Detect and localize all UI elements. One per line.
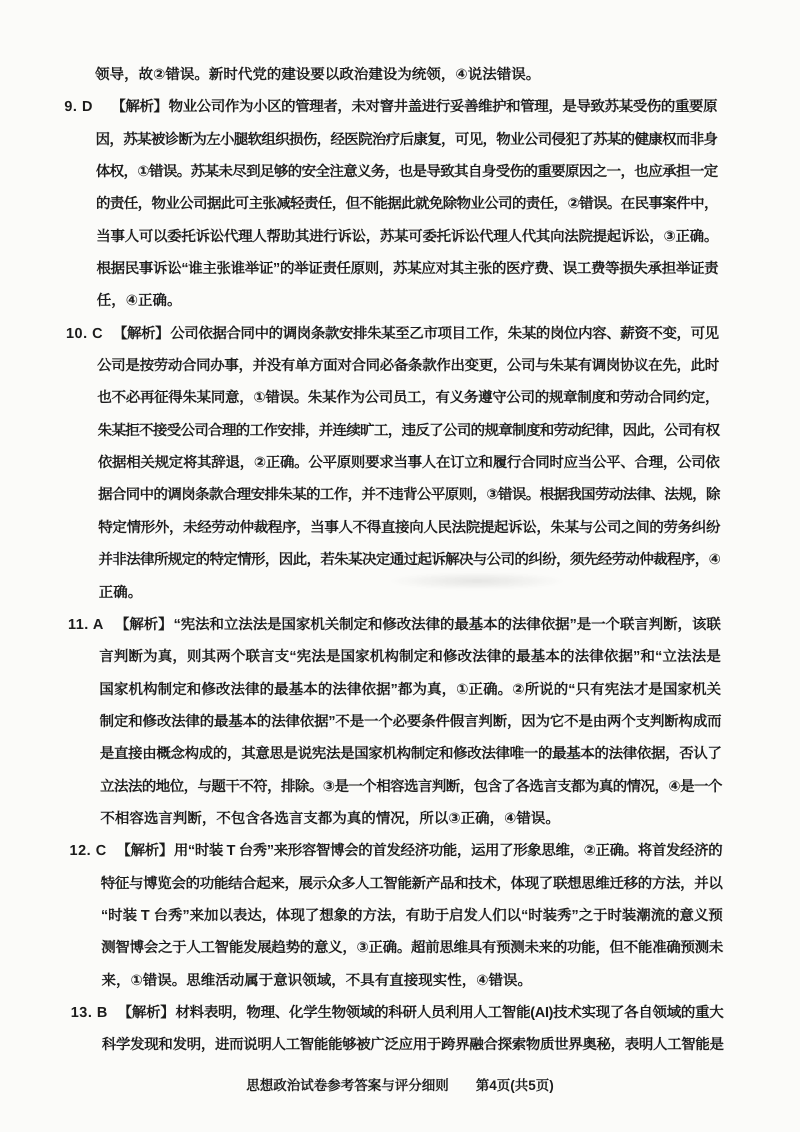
answer-line-text: 国家机构制定和修改法律的最基本的法律依据”都为真，①正确。②所说的“只有宪法才是… — [99, 674, 721, 706]
answer-line: 因，苏某被诊断为左小腿软组织损伤，经医院治疗后康复，可见，物业公司侵犯了苏某的健… — [95, 124, 717, 156]
analysis-label: 【解析】 — [116, 843, 172, 859]
answer-line-text: 测智博会之于人工智能发展趋势的意义，③正确。超前思维具有预测未来的功能，但不能准… — [101, 932, 723, 964]
answer-line-text: 据合同中的调岗条款合理安排朱某的工作，并不违背公平原则，③错误。根据我国劳动法律… — [98, 479, 720, 511]
answer-line: 科学发现和发明，进而说明人工智能能够被广泛应用于跨界融合探索物质世界奥秘，表明人… — [102, 1029, 724, 1061]
answer-line-text: 正确。 — [99, 577, 143, 609]
answer-line: 不相容选言判断，不包含各选言支都为真的情况，所以③正确，④错误。 — [100, 803, 722, 835]
answer-line-text: 公司是按劳动合同办事，并没有单方面对合同必备条款作出变更，公司与朱某有调岗协议在… — [97, 350, 719, 382]
answer-line-text: 的责任，物业公司据此可主张减轻责任，但不能据此就免除物业公司的责任，②错误。在民… — [96, 188, 718, 220]
answer-line-text: 特征与博览会的功能结合起来，展示众多人工智能新产品和技术，体现了联想思维迁移的方… — [101, 868, 723, 900]
answer-line: 10. C【解析】公司依据合同中的调岗条款安排朱某至乙市项目工作，朱某的岗位内容… — [97, 318, 719, 350]
answer-line-text: 立法法的地位，与题干不符，排除。③是一个相容选言判断，包含了各选言支都为真的情况… — [100, 771, 722, 803]
answer-line: 公司是按劳动合同办事，并没有单方面对合同必备条款作出变更，公司与朱某有调岗协议在… — [97, 350, 719, 382]
answer-line: 11. A【解析】“宪法和立法法是国家机关制定和修改法律的最基本的法律依据”是一… — [99, 609, 721, 641]
answer-line: 朱某拒不接受公司合理的工作安排，并连续旷工，违反了公司的规章制度和劳动纪律，因此… — [97, 415, 719, 447]
answer-line-text: 依据相关规定将其辞退，②正确。公平原则要求当事人在订立和履行合同时应当公平、合理… — [98, 447, 720, 479]
answer-line-text: 科学发现和发明，进而说明人工智能能够被广泛应用于跨界融合探索物质世界奥秘，表明人… — [102, 1029, 724, 1061]
answer-line-text: 体权，①错误。苏某未尽到足够的安全注意义务，也是导致其自身受伤的重要原因之一，也… — [96, 156, 718, 188]
answer-number: 11. A — [68, 609, 104, 641]
intro-line-text: 领导，故②错误。新时代党的建设要以政治建设为统领，④说法错误。 — [95, 59, 540, 91]
answer-line: 正确。 — [99, 577, 721, 609]
answer-key-content: 领导，故②错误。新时代党的建设要以政治建设为统领，④说法错误。 9. D【解析】… — [95, 59, 724, 1062]
answer-line-text: 【解析】公司依据合同中的调岗条款安排朱某至乙市项目工作，朱某的岗位内容、薪资不变… — [113, 318, 719, 350]
scanned-page: 领导，故②错误。新时代党的建设要以政治建设为统领，④说法错误。 9. D【解析】… — [0, 0, 800, 1132]
answer-line-text: 朱某拒不接受公司合理的工作安排，并连续旷工，违反了公司的规章制度和劳动纪律，因此… — [97, 415, 719, 447]
answer-line-text: 【解析】“宪法和立法法是国家机关制定和修改法律的最基本的法律依据”是一个联言判断… — [115, 609, 721, 641]
answer-line-text: 来，①错误。思维活动属于意识领域，不具有直接现实性，④错误。 — [101, 965, 532, 997]
analysis-label: 【解析】 — [115, 617, 173, 633]
answer-line-text: 因，苏某被诊断为左小腿软组织损伤，经医院治疗后康复，可见，物业公司侵犯了苏某的健… — [95, 124, 717, 156]
answer-line: 12. C【解析】用“时装 T 台秀”来形容智博会的首发经济功能，运用了形象思维… — [100, 835, 722, 867]
answer-line-text: 特定情形外，未经劳动仲裁程序，当事人不得直接向人民法院提起诉讼，朱某与公司之间的… — [98, 512, 720, 544]
answer-number: 12. C — [69, 835, 106, 867]
answer-line: 制定和修改法律的最基本的法律依据”不是一个必要条件假言判断，因为它不是由两个支判… — [100, 706, 722, 738]
answer-line-text: 当事人可以委托诉讼代理人帮助其进行诉讼，苏某可委托诉讼代理人代其向法院提起诉讼，… — [96, 221, 718, 253]
answer-line: 特征与博览会的功能结合起来，展示众多人工智能新产品和技术，体现了联想思维迁移的方… — [101, 868, 723, 900]
answer-line: 体权，①错误。苏某未尽到足够的安全注意义务，也是导致其自身受伤的重要原因之一，也… — [96, 156, 718, 188]
answers-list: 9. D【解析】物业公司作为小区的管理者，未对窨井盖进行妥善维护和管理，是导致苏… — [95, 91, 724, 1061]
answer-line-text: 根据民事诉讼“谁主张谁举证”的举证责任原则，苏某应对其主张的医疗费、误工费等损失… — [96, 253, 718, 285]
answer-item: 12. C【解析】用“时装 T 台秀”来形容智博会的首发经济功能，运用了形象思维… — [100, 835, 723, 997]
answer-line: 言判断为真，则其两个联言支“宪法是国家机构制定和修改法律的最基本的法律依据”和“… — [99, 641, 721, 673]
answer-line: 的责任，物业公司据此可主张减轻责任，但不能据此就免除物业公司的责任，②错误。在民… — [96, 188, 718, 220]
answer-line-text: “时装 T 台秀”来加以表达，体现了想象的方法，有助于启发人们以“时装秀”之于时… — [101, 900, 723, 932]
answer-line: 据合同中的调岗条款合理安排朱某的工作，并不违背公平原则，③错误。根据我国劳动法律… — [98, 479, 720, 511]
answer-line: 来，①错误。思维活动属于意识领域，不具有直接现实性，④错误。 — [101, 965, 723, 997]
answer-line: 依据相关规定将其辞退，②正确。公平原则要求当事人在订立和履行合同时应当公平、合理… — [98, 447, 720, 479]
answer-line-text: 也不必再征得朱某同意，①错误。朱某作为公司员工，有义务遵守公司的规章制度和劳动合… — [97, 382, 719, 414]
answer-line: 任，④正确。 — [97, 285, 719, 317]
answer-line: 根据民事诉讼“谁主张谁举证”的举证责任原则，苏某应对其主张的医疗费、误工费等损失… — [96, 253, 718, 285]
answer-line: 13. B【解析】材料表明，物理、化学生物领域的科研人员利用人工智能(AI)技术… — [102, 997, 724, 1029]
analysis-label: 【解析】 — [118, 1005, 175, 1021]
answer-line: 当事人可以委托诉讼代理人帮助其进行诉讼，苏某可委托诉讼代理人代其向法院提起诉讼，… — [96, 221, 718, 253]
answer-line: 9. D【解析】物业公司作为小区的管理者，未对窨井盖进行妥善维护和管理，是导致苏… — [95, 91, 717, 123]
analysis-label: 【解析】 — [113, 326, 169, 342]
answer-line: 国家机构制定和修改法律的最基本的法律依据”都为真，①正确。②所说的“只有宪法才是… — [99, 674, 721, 706]
intro-continuation-line: 领导，故②错误。新时代党的建设要以政治建设为统领，④说法错误。 — [95, 59, 717, 91]
answer-line: 立法法的地位，与题干不符，排除。③是一个相容选言判断，包含了各选言支都为真的情况… — [100, 771, 722, 803]
answer-line-text: 是直接由概念构成的，其意思是说宪法是国家机构制定和修改法律唯一的最基本的法律依据… — [100, 738, 722, 770]
answer-line-text: 并非法律所规定的特定情形，因此，若朱某决定通过起诉解决与公司的纠纷，须先经劳动仲… — [98, 544, 720, 576]
answer-line-text: 任，④正确。 — [97, 285, 182, 317]
footer-doc-title: 思想政治试卷参考答案与评分细则 — [246, 1078, 449, 1093]
answer-line: “时装 T 台秀”来加以表达，体现了想象的方法，有助于启发人们以“时装秀”之于时… — [101, 900, 723, 932]
footer-page-number: 第4页(共5页) — [476, 1078, 554, 1093]
answer-number: 9. D — [64, 91, 93, 123]
answer-line-text: 不相容选言判断，不包含各选言支都为真的情况，所以③正确，④错误。 — [100, 803, 560, 835]
answer-line-text: 言判断为真，则其两个联言支“宪法是国家机构制定和修改法律的最基本的法律依据”和“… — [99, 641, 721, 673]
answer-line-text: 【解析】用“时装 T 台秀”来形容智博会的首发经济功能，运用了形象思维，②正确。… — [116, 835, 722, 867]
answer-number: 10. C — [66, 318, 103, 350]
answer-item: 11. A【解析】“宪法和立法法是国家机关制定和修改法律的最基本的法律依据”是一… — [99, 609, 723, 835]
analysis-label: 【解析】 — [111, 99, 167, 115]
answer-line-text: 制定和修改法律的最基本的法律依据”不是一个必要条件假言判断，因为它不是由两个支判… — [100, 706, 722, 738]
answer-line: 特定情形外，未经劳动仲裁程序，当事人不得直接向人民法院提起诉讼，朱某与公司之间的… — [98, 512, 720, 544]
answer-line-text: 【解析】物业公司作为小区的管理者，未对窨井盖进行妥善维护和管理，是导致苏某受伤的… — [111, 91, 717, 123]
answer-line: 测智博会之于人工智能发展趋势的意义，③正确。超前思维具有预测未来的功能，但不能准… — [101, 932, 723, 964]
page-footer: 思想政治试卷参考答案与评分细则第4页(共5页) — [0, 1076, 800, 1096]
answer-item: 13. B【解析】材料表明，物理、化学生物领域的科研人员利用人工智能(AI)技术… — [102, 997, 724, 1062]
answer-line-text: 【解析】材料表明，物理、化学生物领域的科研人员利用人工智能(AI)技术实现了各自… — [118, 997, 724, 1029]
answer-line: 并非法律所规定的特定情形，因此，若朱某决定通过起诉解决与公司的纠纷，须先经劳动仲… — [98, 544, 720, 576]
answer-item: 10. C【解析】公司依据合同中的调岗条款安排朱某至乙市项目工作，朱某的岗位内容… — [97, 318, 721, 609]
answer-line: 是直接由概念构成的，其意思是说宪法是国家机构制定和修改法律唯一的最基本的法律依据… — [100, 738, 722, 770]
document-body: { "colors": { "ink": "#1c1c1c", "paper":… — [0, 0, 800, 1132]
answer-line: 也不必再征得朱某同意，①错误。朱某作为公司员工，有义务遵守公司的规章制度和劳动合… — [97, 382, 719, 414]
answer-number: 13. B — [71, 997, 108, 1029]
answer-item: 9. D【解析】物业公司作为小区的管理者，未对窨井盖进行妥善维护和管理，是导致苏… — [95, 91, 719, 317]
